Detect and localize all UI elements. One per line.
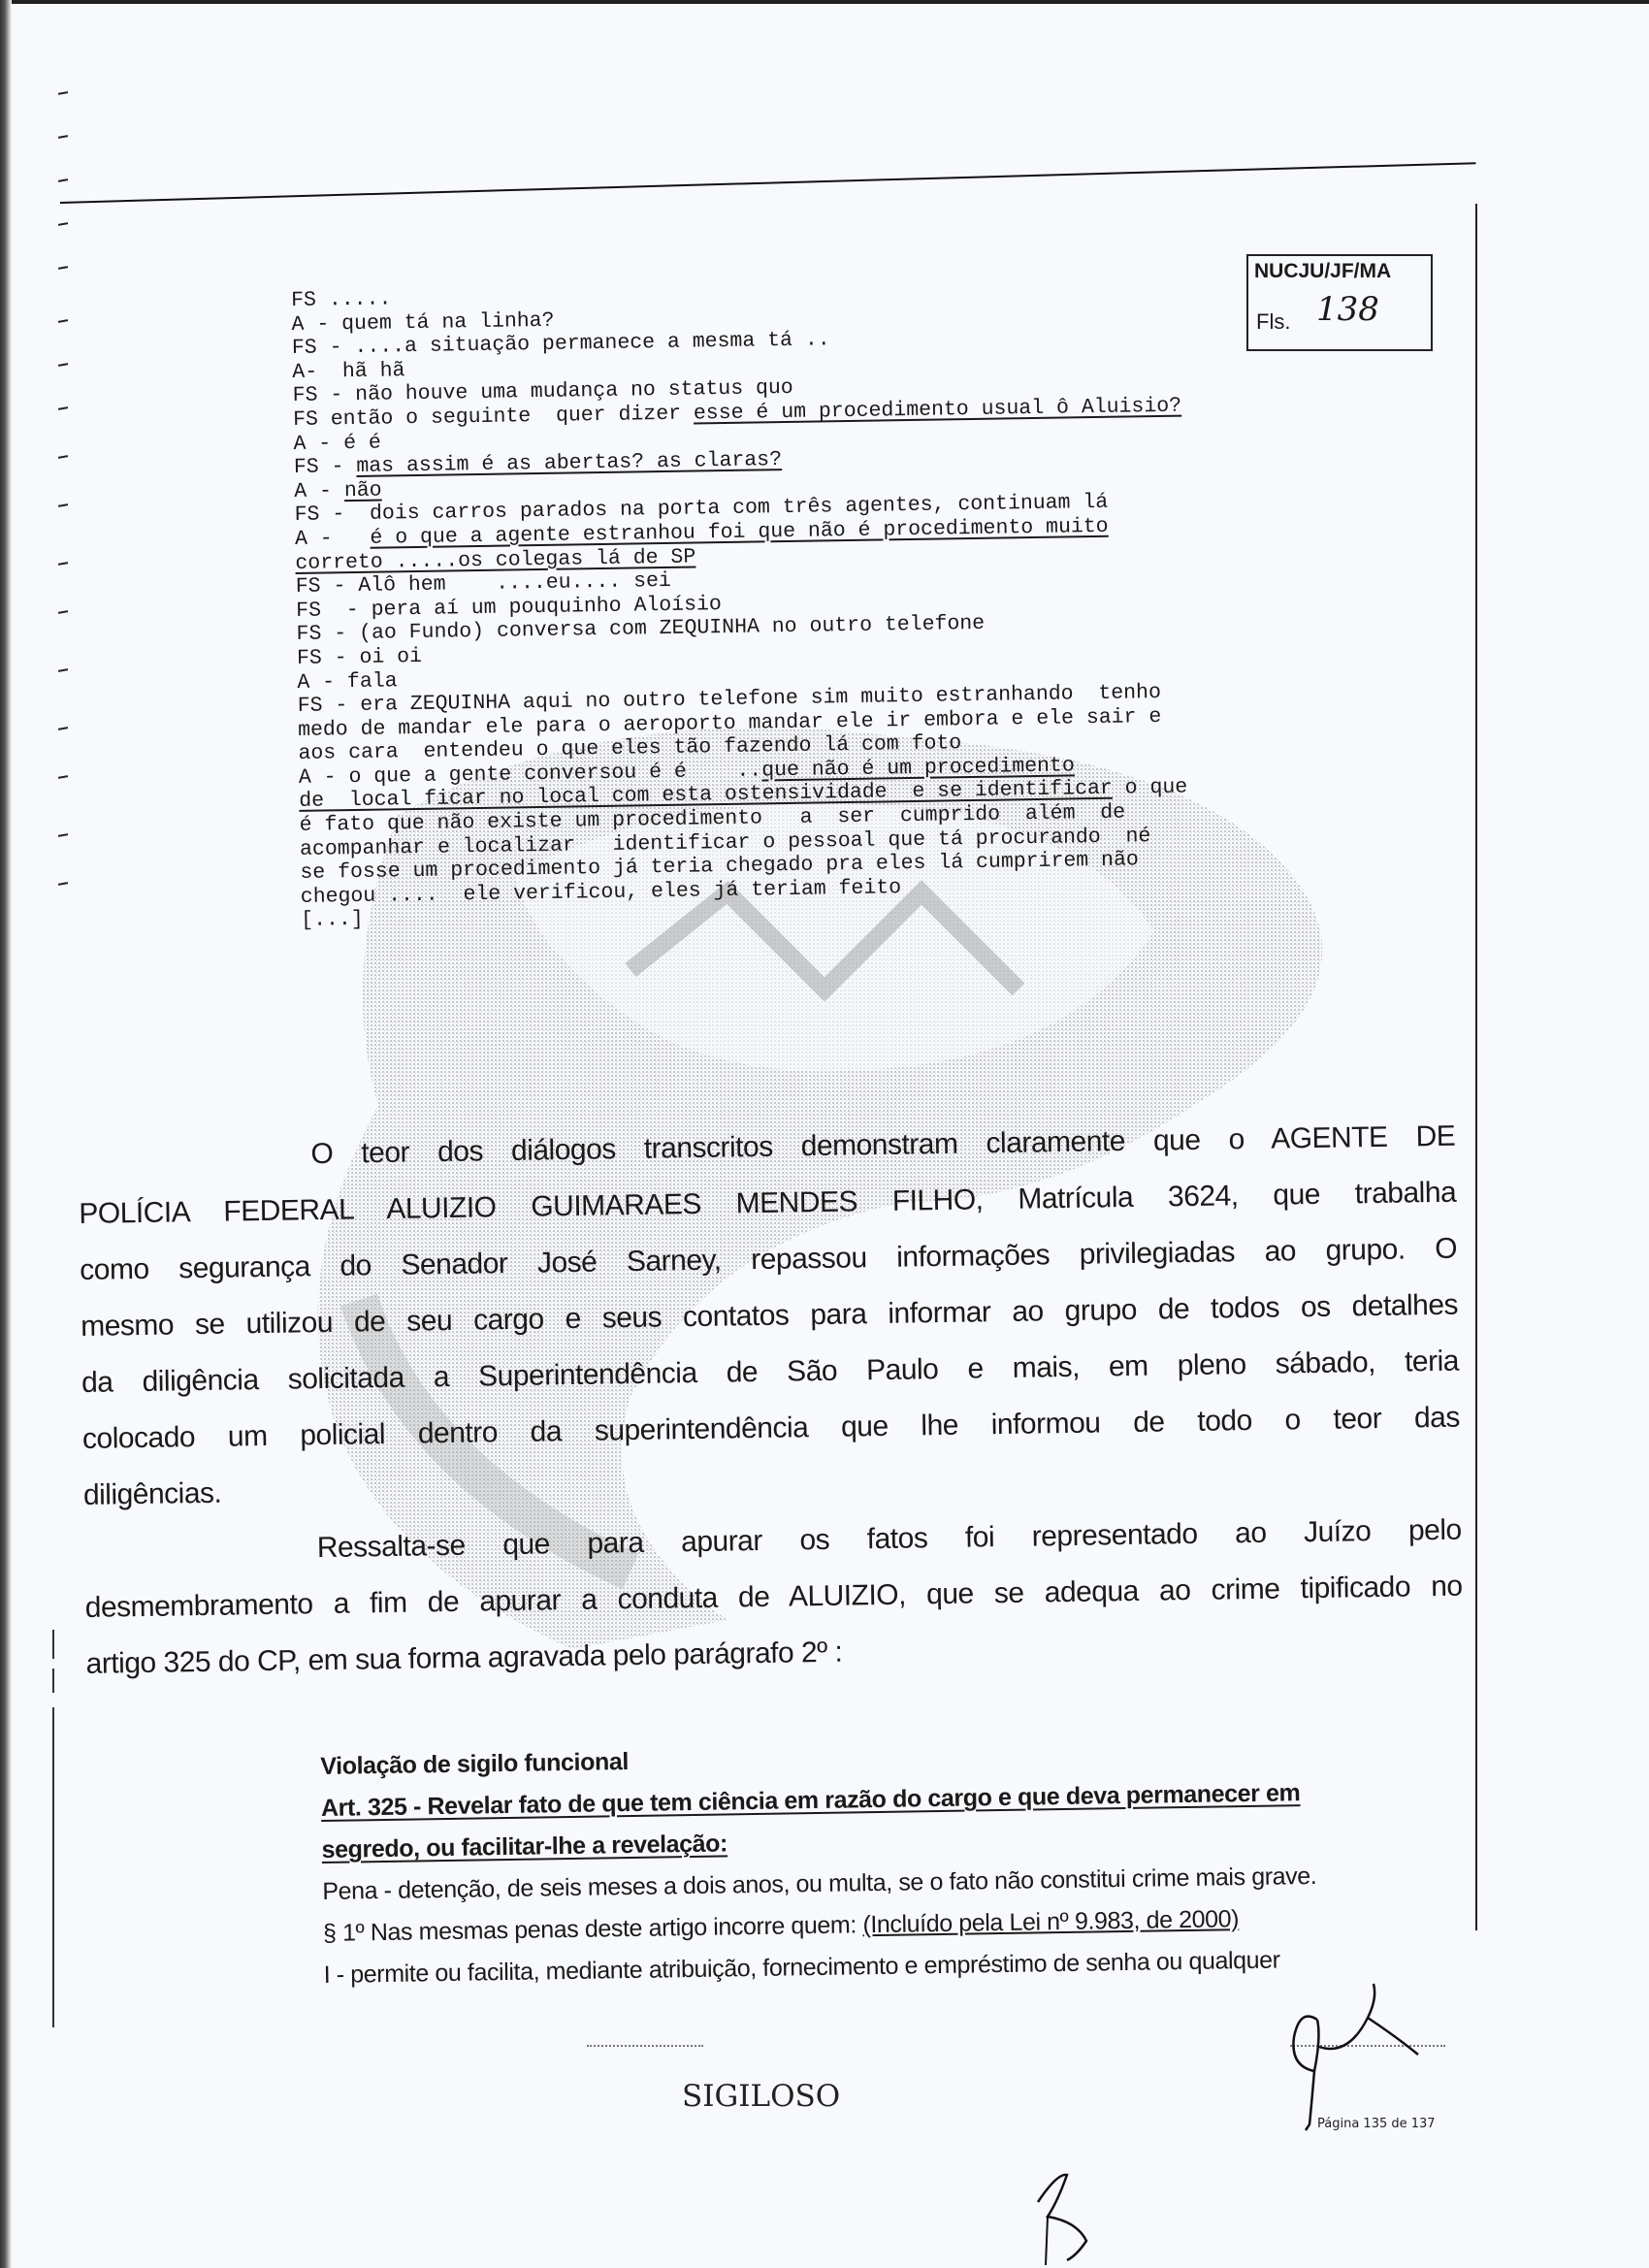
handwritten-mark (999, 2163, 1115, 2268)
law-reference-link[interactable]: (Incluído pela Lei nº 9.983, de 2000) (862, 1905, 1239, 1938)
classification-label: SIGILOSO (682, 2079, 840, 2114)
body-text: O teor dos diálogos transcritos demonstr… (78, 1109, 1464, 1693)
wiretap-transcript: FS .....A - quem tá na linha?FS - ....a … (291, 271, 1445, 932)
margin-bar (52, 1669, 54, 1693)
footer-rule (587, 2045, 703, 2047)
scan-edge-left (0, 0, 12, 2268)
margin-bar (52, 1630, 54, 1659)
paragraph-legal-basis: Ressalta-se que para apurar os fatos foi… (83, 1503, 1464, 1693)
page-frame-right-rule (1475, 204, 1477, 1930)
law-citation: Violação de sigilo funcional Art. 325 - … (320, 1728, 1478, 1996)
transcript-text: A - (295, 527, 371, 551)
page-number: Página 135 de 137 (1317, 2117, 1436, 2131)
margin-bar (52, 1707, 54, 2027)
transcript-text: o que (1113, 776, 1188, 800)
transcript-text: A - (294, 479, 344, 503)
page-frame-top-rule (60, 162, 1475, 204)
transcript-text: A - é é (293, 431, 381, 455)
transcript-highlight: não (344, 478, 382, 502)
transcript-text: FS - (294, 455, 357, 479)
transcript-text: FS ..... (291, 287, 392, 312)
transcript-text: A - quem tá na linha? (291, 308, 554, 336)
transcript-text: A- hã hã (292, 359, 404, 384)
margin-marks (58, 39, 72, 912)
scan-edge (0, 0, 1649, 4)
law-paragraph-1-text: § 1º Nas mesmas penas deste artigo incor… (323, 1911, 863, 1947)
transcript-text: FS - oi oi (297, 645, 422, 670)
transcript-text: [...] (301, 908, 364, 932)
transcript-text: A - fala (297, 669, 398, 695)
paragraph-analysis: O teor dos diálogos transcritos demonstr… (78, 1109, 1461, 1524)
